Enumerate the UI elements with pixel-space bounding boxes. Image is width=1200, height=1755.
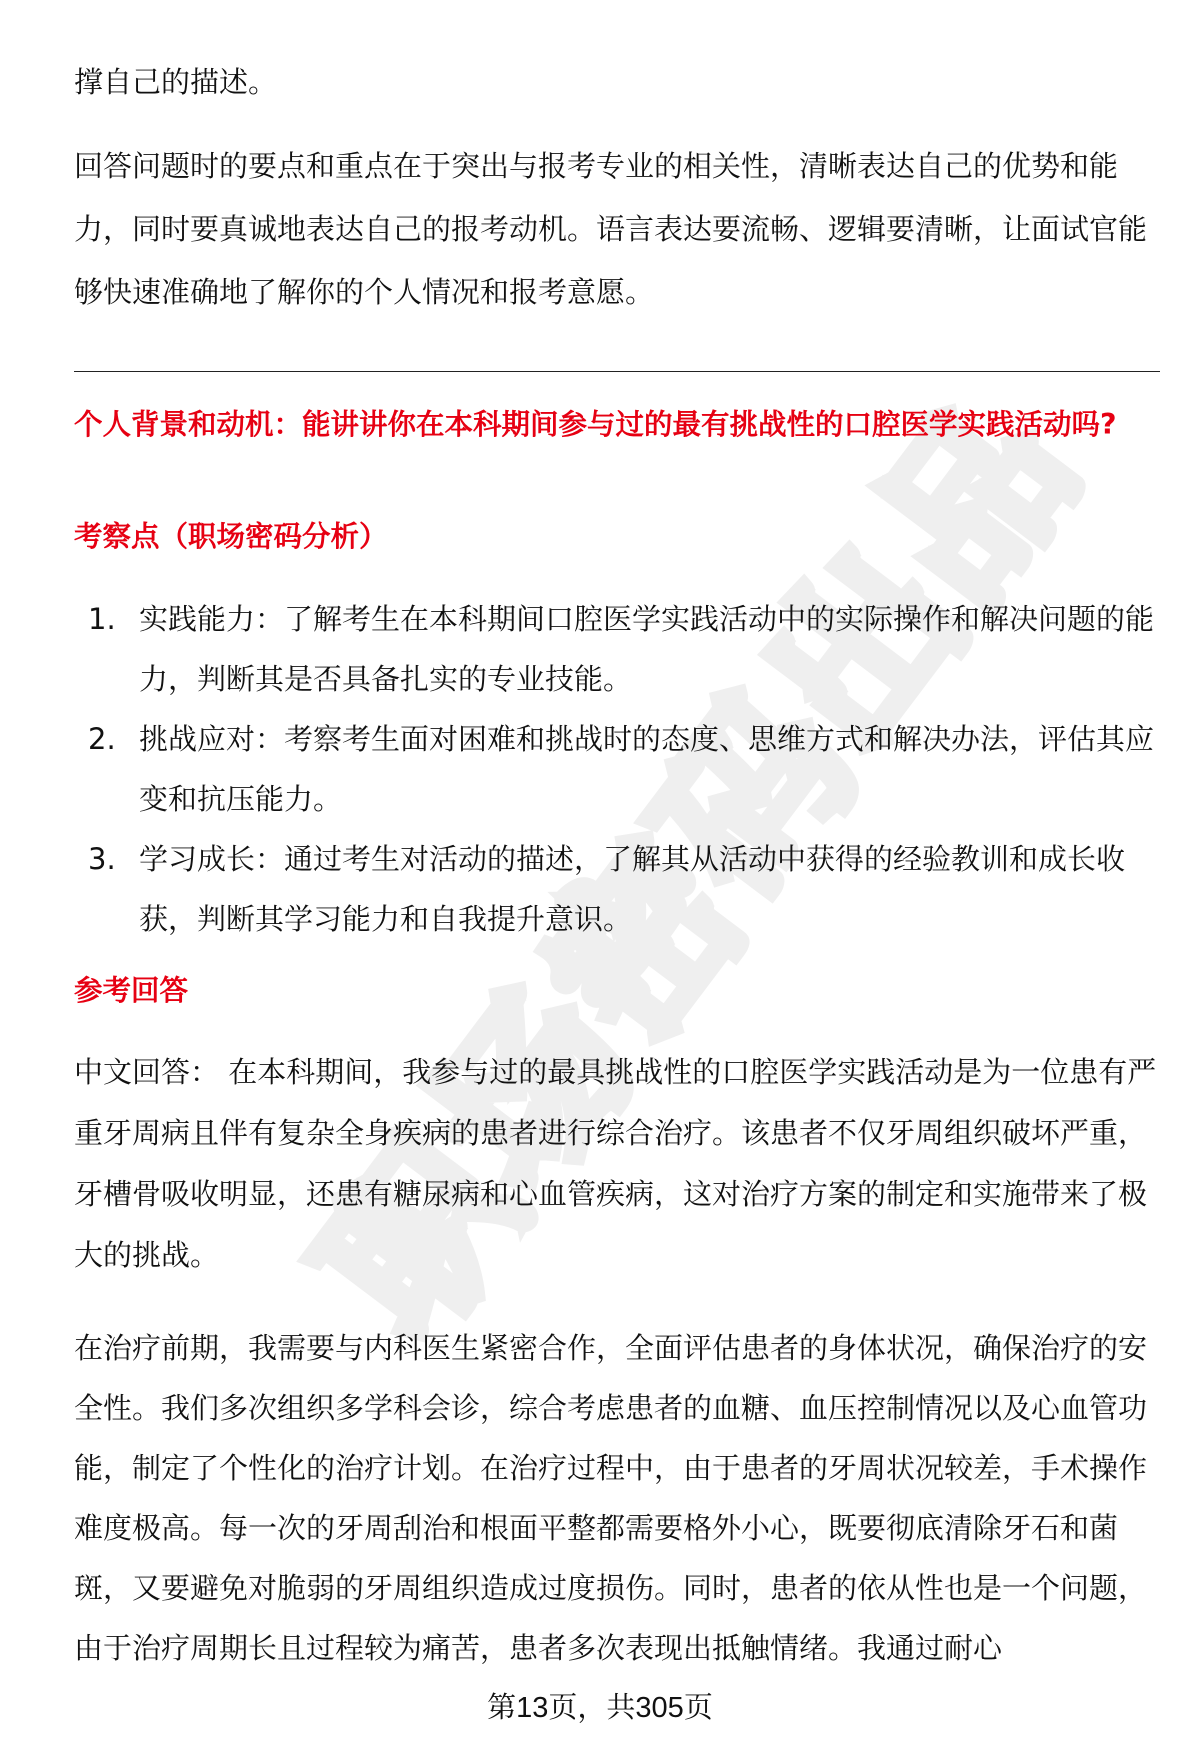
- summary-paragraph: 回答问题时的要点和重点在于突出与报考专业的相关性，清晰表达自己的优势和能力，同时…: [74, 135, 1160, 324]
- list-item-text: 挑战应对：考察考生面对困难和挑战时的态度、思维方式和解决办法，评估其应变和抗压能…: [139, 722, 1154, 816]
- list-item: 1. 实践能力：了解考生在本科期间口腔医学实践活动中的实际操作和解决问题的能力，…: [74, 589, 1160, 709]
- page-number: 第13页，共305页: [0, 1688, 1200, 1728]
- reference-answer-heading: 参考回答: [74, 970, 188, 1012]
- continuation-text: 撑自己的描述。: [74, 51, 1160, 114]
- list-item: 3. 学习成长：通过考生对活动的描述，了解其从活动中获得的经验教训和成长收获，判…: [74, 829, 1160, 949]
- answer-paragraph: 中文回答： 在本科期间，我参与过的最具挑战性的口腔医学实践活动是为一位患有严重牙…: [74, 1042, 1160, 1286]
- list-number: 1.: [88, 589, 116, 649]
- section-divider: [74, 371, 1160, 372]
- list-item-text: 实践能力：了解考生在本科期间口腔医学实践活动中的实际操作和解决问题的能力，判断其…: [139, 602, 1154, 696]
- assessment-heading: 考察点（职场密码分析）: [74, 516, 388, 558]
- question-title: 个人背景和动机：能讲讲你在本科期间参与过的最有挑战性的口腔医学实践活动吗?: [74, 405, 1160, 444]
- list-item-text: 学习成长：通过考生对活动的描述，了解其从活动中获得的经验教训和成长收获，判断其学…: [139, 842, 1125, 936]
- list-number: 2.: [88, 709, 116, 769]
- list-number: 3.: [88, 829, 116, 889]
- answer-paragraph: 在治疗前期，我需要与内科医生紧密合作，全面评估患者的身体状况，确保治疗的安全性。…: [74, 1318, 1160, 1678]
- assessment-list: 1. 实践能力：了解考生在本科期间口腔医学实践活动中的实际操作和解决问题的能力，…: [74, 589, 1160, 949]
- list-item: 2. 挑战应对：考察考生面对困难和挑战时的态度、思维方式和解决办法，评估其应变和…: [74, 709, 1160, 829]
